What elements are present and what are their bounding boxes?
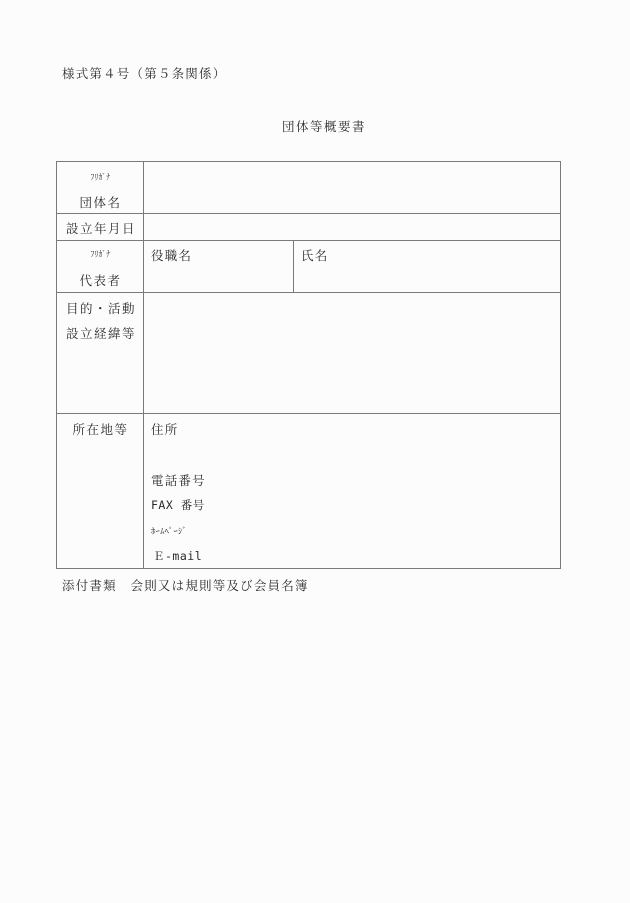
organization-name-field[interactable] [144,162,560,213]
attachments-value: 会則又は規則等及び会員名簿 [131,578,309,593]
role-field[interactable]: 役職名 [144,241,294,292]
row-organization-name: ﾌﾘｶﾞﾅ 団体名 [57,162,560,214]
label-cell-purpose: 目的・活動 設立経緯等 [57,293,144,413]
attachments-label: 添付書類 [62,578,117,593]
name-label: 氏名 [301,246,328,264]
form-number: 様式第４号（第５条関係） [62,64,226,82]
attachments-note: 添付書類 会則又は規則等及び会員名簿 [62,576,309,594]
purpose-field[interactable] [144,293,560,413]
furigana-label: ﾌﾘｶﾞﾅ [64,171,138,183]
purpose-label-line2: 設立経緯等 [66,324,136,342]
row-purpose: 目的・活動 設立経緯等 [57,293,560,414]
location-fields: 住所 電話番号 FAX 番号 ﾎｰﾑﾍﾟｰｼﾞ Ｅ-mail [144,414,560,569]
overview-form-table: ﾌﾘｶﾞﾅ 団体名 設立年月日 ﾌﾘｶﾞﾅ 代表者 役職名 氏名 目的・活動 設 [56,161,561,569]
purpose-label-line1: 目的・活動 [66,299,136,317]
row-location: 所在地等 住所 電話番号 FAX 番号 ﾎｰﾑﾍﾟｰｼﾞ Ｅ-mail [57,414,560,569]
document-title: 団体等概要書 [0,117,630,135]
furigana-label: ﾌﾘｶﾞﾅ [64,248,138,260]
phone-label[interactable]: 電話番号 [151,471,206,489]
label-cell-representative: ﾌﾘｶﾞﾅ 代表者 [57,241,144,292]
fax-label[interactable]: FAX 番号 [151,497,205,513]
label-cell-established: 設立年月日 [57,214,144,240]
organization-name-label: 団体名 [57,193,144,211]
row-established-date: 設立年月日 [57,214,560,241]
established-date-label: 設立年月日 [66,219,136,237]
representative-cells: 役職名 氏名 [144,241,560,292]
address-label[interactable]: 住所 [151,420,178,438]
representative-label: 代表者 [57,271,144,289]
role-label: 役職名 [151,246,192,264]
location-label: 所在地等 [57,420,144,438]
homepage-label[interactable]: ﾎｰﾑﾍﾟｰｼﾞ [151,525,187,537]
representative-name-field[interactable]: 氏名 [294,241,560,292]
label-cell-location: 所在地等 [57,414,144,569]
label-cell-organization: ﾌﾘｶﾞﾅ 団体名 [57,162,144,213]
established-date-field[interactable] [144,214,560,240]
email-label[interactable]: Ｅ-mail [153,548,202,564]
row-representative: ﾌﾘｶﾞﾅ 代表者 役職名 氏名 [57,241,560,293]
